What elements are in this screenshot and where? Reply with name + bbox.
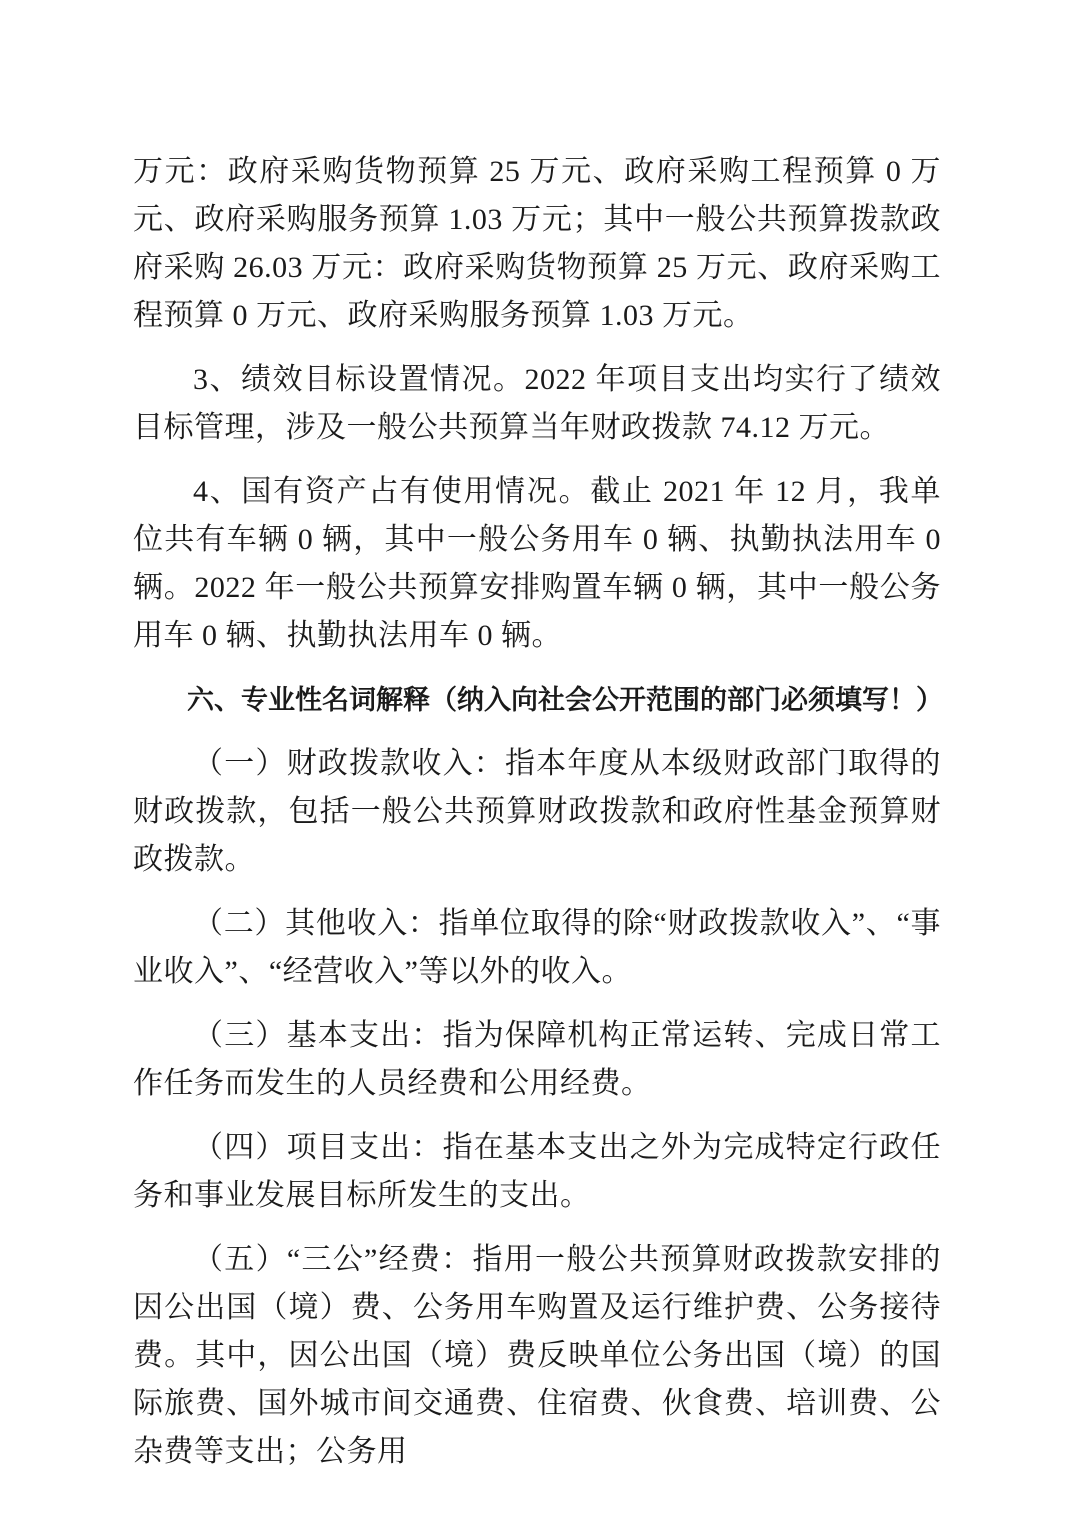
document-page: 万元：政府采购货物预算 25 万元、政府采购工程预算 0 万元、政府采购服务预算… bbox=[0, 0, 1074, 1520]
paragraph-term-project-expenditure: （四）项目支出：指在基本支出之外为完成特定行政任务和事业发展目标所发生的支出。 bbox=[133, 1124, 941, 1220]
paragraph-term-other-income: （二）其他收入：指单位取得的除“财政拨款收入”、“事业收入”、“经营收入”等以外… bbox=[133, 900, 941, 996]
paragraph-term-basic-expenditure: （三）基本支出：指为保障机构正常运转、完成日常工作任务而发生的人员经费和公用经费… bbox=[133, 1012, 941, 1108]
paragraph-state-assets: 4、国有资产占有使用情况。截止 2021 年 12 月，我单位共有车辆 0 辆，… bbox=[133, 468, 941, 660]
paragraph-performance-targets: 3、绩效目标设置情况。2022 年项目支出均实行了绩效目标管理，涉及一般公共预算… bbox=[133, 356, 941, 452]
paragraph-term-fiscal-appropriation-income: （一）财政拨款收入：指本年度从本级财政部门取得的财政拨款，包括一般公共预算财政拨… bbox=[133, 740, 941, 884]
paragraph-procurement-continued: 万元：政府采购货物预算 25 万元、政府采购工程预算 0 万元、政府采购服务预算… bbox=[133, 148, 941, 340]
paragraph-term-three-public-funds: （五）“三公”经费：指用一般公共预算财政拨款安排的因公出国（境）费、公务用车购置… bbox=[133, 1236, 941, 1476]
section-heading-terminology: 六、专业性名词解释（纳入向社会公开范围的部门必须填写！） bbox=[133, 676, 941, 724]
